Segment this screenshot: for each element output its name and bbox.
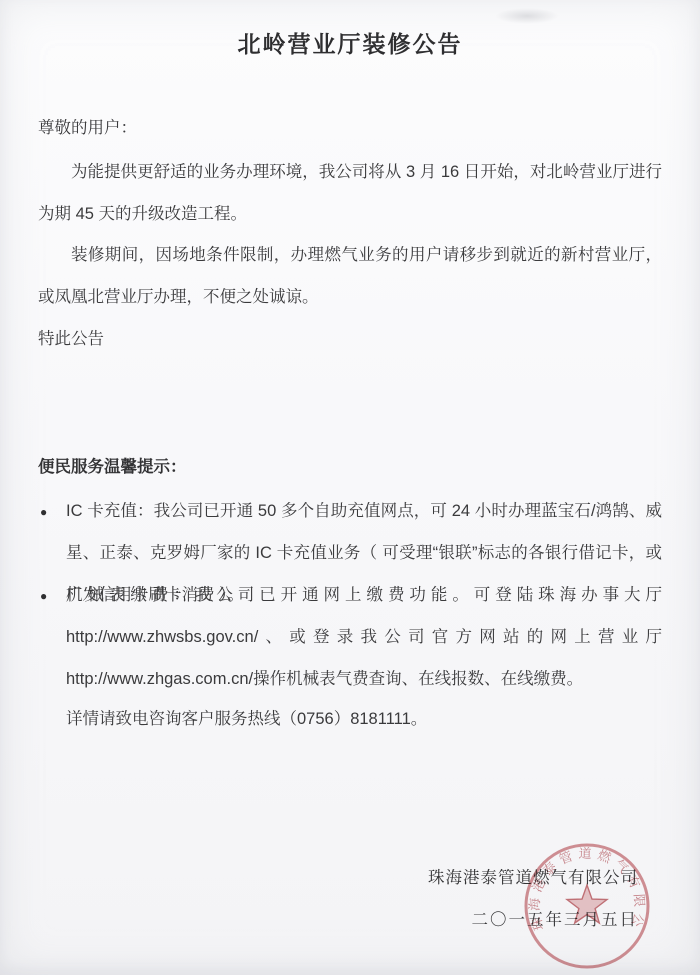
- paragraph-relocation: 装修期间，因场地条件限制，办理燃气业务的用户请移步到就近的新村营业厅，或凤凰北营…: [38, 234, 662, 318]
- tip-item-meter-payment: ● 机械表缴费：我公司已开通网上缴费功能。可登陆珠海办事大厅 http://ww…: [38, 574, 662, 700]
- signature-company: 珠海港泰管道燃气有限公司: [428, 857, 638, 899]
- signature-block: 珠海港泰管道燃气有限公司 二〇一五年三月五日: [428, 857, 638, 941]
- bullet-icon: ●: [40, 491, 47, 533]
- notice-title: 北岭营业厅装修公告: [0, 26, 700, 59]
- bullet-icon: ●: [40, 575, 47, 617]
- tips-heading: 便民服务温馨提示：: [38, 446, 662, 488]
- scan-smudge: [495, 8, 559, 24]
- tip-item-meter-payment-text: 机械表缴费：我公司已开通网上缴费功能。可登陆珠海办事大厅 http://www.…: [66, 586, 662, 688]
- paragraph-opening: 为能提供更舒适的业务办理环境，我公司将从 3 月 16 日开始，对北岭营业厅进行…: [38, 151, 662, 235]
- signature-date: 二〇一五年三月五日: [428, 899, 638, 941]
- salutation: 尊敬的用户：: [38, 107, 662, 149]
- closing-note: 特此公告: [38, 318, 662, 360]
- scanned-notice-page: 北岭营业厅装修公告 尊敬的用户： 为能提供更舒适的业务办理环境，我公司将从 3 …: [0, 0, 700, 975]
- hotline-note: 详情请致电咨询客户服务热线（0756）8181111。: [66, 698, 626, 740]
